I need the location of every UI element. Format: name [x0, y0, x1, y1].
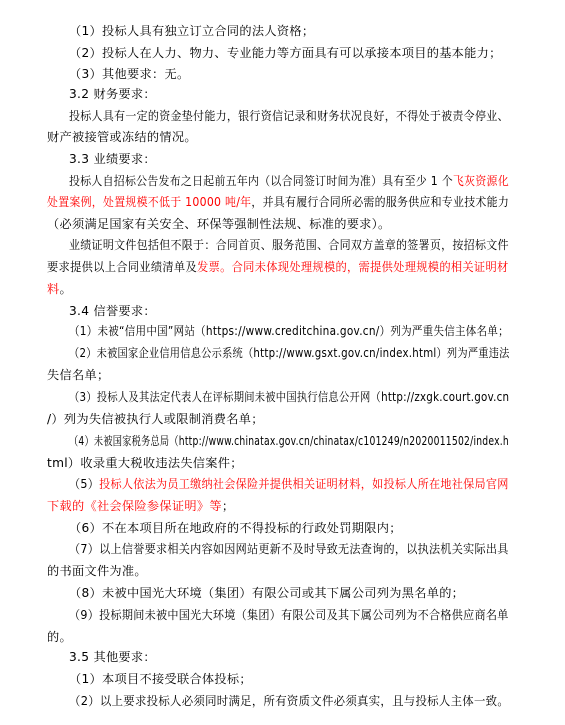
evidence-text: 。	[60, 282, 73, 296]
evidence-text: 要求提供以上合同业绩清单及	[47, 260, 197, 274]
performance-paragraph-line-3: （必须满足国家有关安全、环保等强制性法规、标准的要求）。	[47, 213, 391, 235]
credit-item-9-line-2: 的。	[47, 626, 72, 648]
social-insurance-highlight: 投标人依法为员工缴纳社会保险并提供相关证明材料，如投标人所在地社保局官网	[99, 477, 509, 491]
credit-item-7-line-2: 的书面文件为准。	[47, 560, 147, 582]
other-item-2: （2）以上要求投标人必须同时满足，所有资质文件必须真实，且与投标人主体一致。	[69, 690, 509, 712]
qualification-item-1: （1）投标人具有独立订立合同的法人资格；	[69, 20, 314, 42]
performance-text: 投标人自招标公告发布之日起前五年内（以合同签订时间为准）具有至少 1 个	[69, 174, 453, 188]
performance-text: ，并具有履行合同所必需的服务供应和专业技术能力	[251, 195, 509, 209]
evidence-paragraph-line-3: 料。	[47, 278, 72, 300]
credit-item-4-line-2: tml）收录重大税收违法失信案件；	[47, 452, 243, 474]
performance-highlight: 飞灰资源化	[453, 174, 509, 188]
other-item-1: （1）本项目不接受联合体投标；	[69, 668, 252, 690]
section-heading-3-4: 3.4 信誉要求：	[69, 300, 156, 322]
credit-item-5-line-1: （5）投标人依法为员工缴纳社会保险并提供相关证明材料，如投标人所在地社保局官网	[69, 473, 509, 495]
credit-item-3-line-2: /）列为失信被执行人或限制消费名单；	[47, 408, 264, 430]
credit-item-2-line-1: （2）未被国家企业信用信息公示系统（http://www.gsxt.gov.cn…	[69, 342, 510, 364]
credit-item-1: （1）未被“信用中国”网站（https://www.creditchina.go…	[69, 320, 509, 342]
performance-highlight: 处置案例，处置规模不低于 10000 吨/年	[47, 195, 251, 209]
financial-paragraph-line-1: 投标人具有一定的资金垫付能力，银行资信记录和财务状况良好，不得处于被责令停业、	[69, 105, 509, 127]
qualification-item-3: （3）其他要求：无。	[69, 63, 189, 85]
credit-item-4-line-1: （4）未被国家税务总局（http://www.chinatax.gov.cn/c…	[69, 430, 509, 452]
evidence-paragraph-line-2: 要求提供以上合同业绩清单及发票。合同未体现处理规模的，需提供处理规模的相关证明材	[47, 256, 509, 278]
credit-item-2-line-2: 失信名单；	[47, 364, 109, 386]
qualification-item-2: （2）投标人在人力、物力、专业能力等方面具有可以承接本项目的基本能力；	[69, 42, 502, 64]
section-heading-3-2: 3.2 财务要求：	[69, 83, 156, 105]
performance-paragraph-line-1: 投标人自招标公告发布之日起前五年内（以合同签订时间为准）具有至少 1 个飞灰资源…	[69, 170, 509, 192]
evidence-paragraph-line-1: 业绩证明文件包括但不限于：合同首页、服务范围、合同双方盖章的签署页，按招标文件	[69, 234, 509, 256]
credit-item-9-line-1: （9）投标期间未被中国光大环境（集团）有限公司及其下属公司列为不合格供应商名单	[69, 604, 509, 626]
credit-item-3-line-1: （3）投标人及其法定代表人在评标期间未被中国执行信息公开网（http://zxg…	[69, 386, 509, 408]
section-heading-3-3: 3.3 业绩要求：	[69, 148, 156, 170]
evidence-highlight: 发票。合同未体现处理规模的，需提供处理规模的相关证明材	[197, 260, 509, 274]
credit-item-8: （8）未被中国光大环境（集团）有限公司或其下属公司列为黑名单的；	[69, 582, 464, 604]
social-insurance-highlight: 下载的《社会保险参保证明》等	[47, 499, 222, 513]
financial-paragraph-line-2: 财产被接管或冻结的情况。	[47, 126, 197, 148]
credit-item-7-line-1: （7）以上信誉要求相关内容如因网站更新不及时导致无法查询的，以执法机关实际出具	[69, 538, 509, 560]
performance-paragraph-line-2: 处置案例，处置规模不低于 10000 吨/年，并具有履行合同所必需的服务供应和专…	[47, 191, 509, 213]
section-heading-3-5: 3.5 其他要求：	[69, 646, 156, 668]
credit-item-5-line-2: 下载的《社会保险参保证明》等；	[47, 495, 234, 517]
item-number: （5）	[69, 477, 99, 491]
item-punctuation: ；	[222, 499, 235, 513]
evidence-highlight: 料	[47, 282, 60, 296]
credit-item-6: （6）不在本项目所在地政府的不得投标的行政处罚期限内；	[69, 517, 402, 539]
